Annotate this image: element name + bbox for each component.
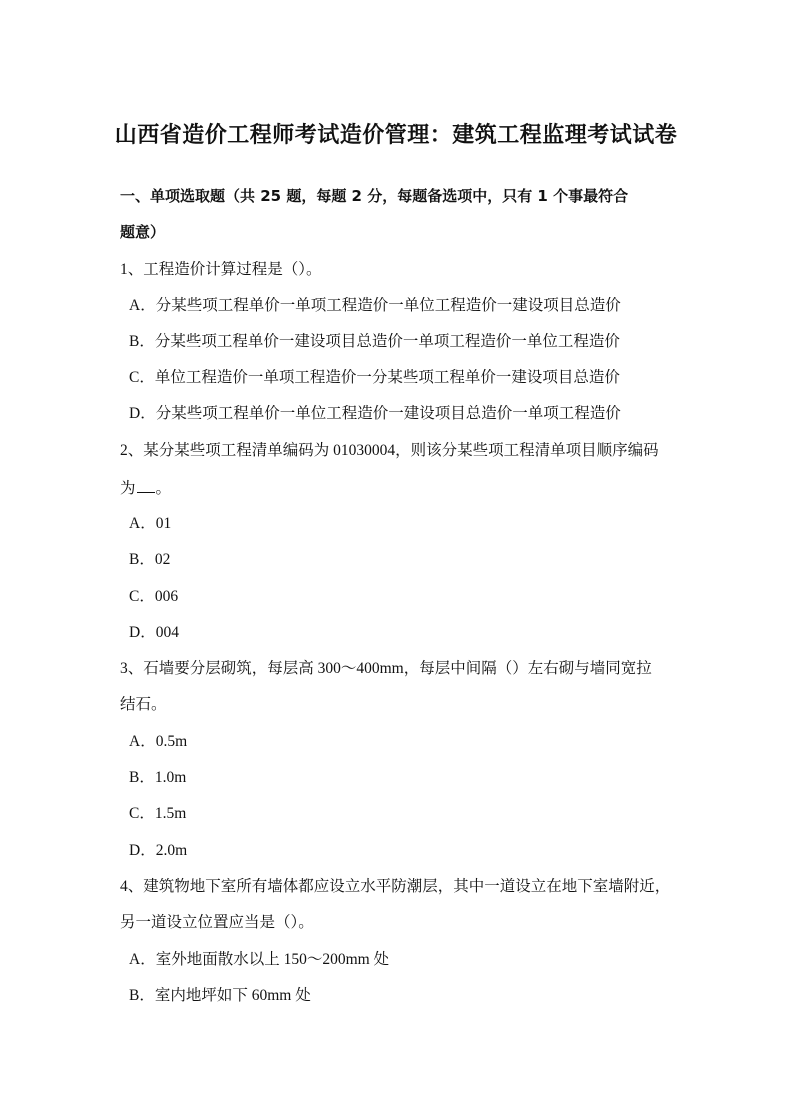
question-2-stem: 2、某分某些项工程清单编码为 01030004，则该分某些项工程清单项目顺序编码 [120, 441, 659, 461]
question-1-option-d: D．分某些项工程单价一单位工程造价一建设项目总造价一单项工程造价 [129, 404, 621, 424]
question-4-option-b: B．室内地坪如下 60mm 处 [129, 986, 311, 1006]
question-3-stem-cont: 结石。 [120, 695, 167, 715]
question-2-option-c: C．006 [129, 587, 178, 607]
question-3-option-d: D．2.0m [129, 841, 187, 861]
answer-blank [137, 478, 155, 493]
document-page: 山西省造价工程师考试造价管理：建筑工程监理考试试卷 一、单项选取题（共 25 题… [0, 0, 792, 1120]
question-3-option-b: B．1.0m [129, 768, 186, 788]
section-heading-cont: 题意） [120, 222, 165, 242]
question-4-stem: 4、建筑物地下室所有墙体都应设立水平防潮层，其中一道设立在地下室墙附近， [120, 877, 670, 897]
question-2-stem-suffix: 。 [156, 480, 172, 497]
question-1-option-a: A．分某些项工程单价一单项工程造价一单位工程造价一建设项目总造价 [129, 296, 621, 316]
question-1-option-b: B．分某些项工程单价一建设项目总造价一单项工程造价一单位工程造价 [129, 332, 620, 352]
question-4-option-a: A．室外地面散水以上 150～200mm 处 [129, 950, 389, 970]
question-2-stem-prefix: 为 [120, 480, 136, 497]
question-3-option-a: A．0.5m [129, 732, 187, 752]
question-1-stem: 1、工程造价计算过程是（）。 [120, 260, 322, 280]
question-3-option-c: C．1.5m [129, 804, 186, 824]
question-4-stem-cont: 另一道设立位置应当是（）。 [120, 913, 314, 933]
question-2-option-a: A．01 [129, 514, 171, 534]
document-title: 山西省造价工程师考试造价管理：建筑工程监理考试试卷 [0, 118, 792, 149]
section-heading: 一、单项选取题（共 25 题，每题 2 分，每题备选项中，只有 1 个事最符合 [120, 186, 628, 206]
question-2-stem-cont: 为。 [120, 478, 171, 499]
question-2-option-d: D．004 [129, 623, 179, 643]
question-3-stem: 3、石墙要分层砌筑，每层高 300～400mm，每层中间隔（）左右砌与墙同宽拉 [120, 659, 652, 679]
question-1-option-c: C．单位工程造价一单项工程造价一分某些项工程单价一建设项目总造价 [129, 368, 620, 388]
question-2-option-b: B．02 [129, 550, 170, 570]
